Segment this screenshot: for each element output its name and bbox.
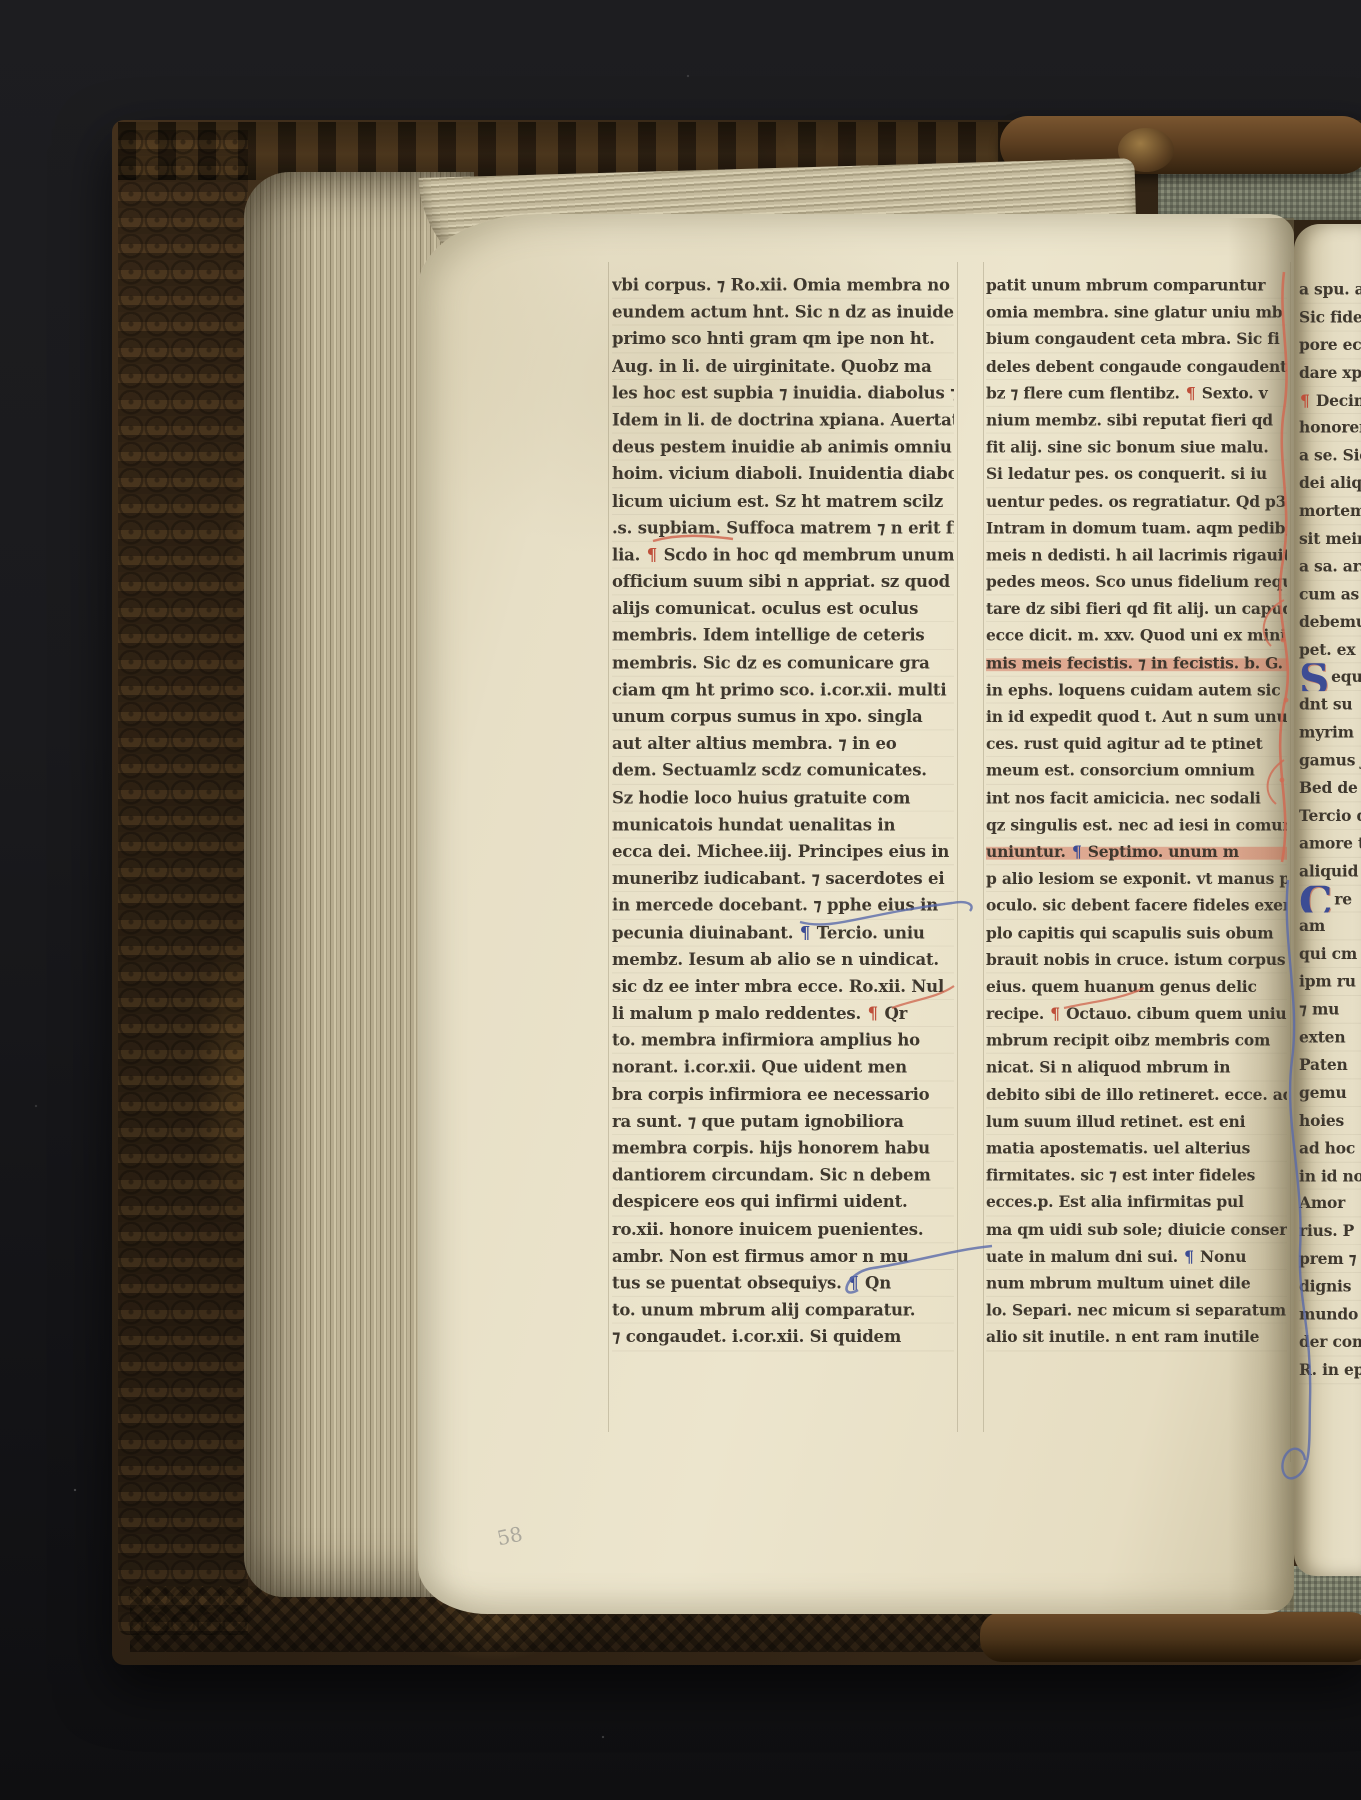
text-line: rius. P: [1299, 1218, 1361, 1246]
text-line: pecunia diuinabant. ¶ Tercio. uniu: [612, 919, 954, 946]
text-line: les hoc est supbia ⁊ inuidia. diabolus ⁊…: [612, 380, 954, 407]
manuscript-photo: vbi corpus. ⁊ Ro.xii. Omia membra noeund…: [0, 0, 1361, 1800]
text-line: pedes meos. Sco unus fidelium requi: [986, 569, 1287, 596]
text-line: bra corpis infirmiora ee necessario: [612, 1081, 954, 1108]
text-line: Idem in li. de doctrina xpiana. Auertat: [612, 407, 954, 434]
text-line: honorem: [1299, 414, 1361, 442]
text-line: Si ledatur pes. os conquerit. si iu: [986, 461, 1287, 488]
blue-pilcrow-mark: ¶: [1183, 1246, 1195, 1266]
text-line: uate in malum dni sui. ¶ Nonu: [986, 1243, 1287, 1270]
text-line: ¶ Decim: [1299, 387, 1361, 415]
text-line: R. in ep: [1299, 1356, 1361, 1384]
text-line: in mercede docebant. ⁊ pphe eius in: [612, 892, 954, 919]
text-line: officium suum sibi n appriat. sz quod: [612, 569, 954, 596]
text-line: dei aliqu: [1299, 470, 1361, 498]
text-line: ambr. Non est firmus amor n mu: [612, 1243, 954, 1270]
text-line: hoim. vicium diaboli. Inuidentia diabo: [612, 461, 954, 488]
ruling-line-vertical: [1290, 262, 1291, 1462]
tooled-leather-border-left: [118, 130, 248, 1635]
text-line: muneribz iudicabant. ⁊ sacerdotes ei: [612, 865, 954, 892]
text-line: ra sunt. ⁊ que putam ignobiliora: [612, 1108, 954, 1135]
text-line: meis n dedisti. h ail lacrimis rigauit: [986, 542, 1287, 569]
text-line: a spu. a: [1299, 276, 1361, 304]
text-line: membris. Idem intellige de ceteris: [612, 623, 954, 650]
text-line: bz ⁊ flere cum flentibz. ¶ Sexto. v: [986, 380, 1287, 407]
text-line: bium congaudent ceta mbra. Sic fi: [986, 326, 1287, 353]
text-line: .s. supbiam. Suffoca matrem ⁊ n erit fi: [612, 515, 954, 542]
text-line: gamus J: [1299, 747, 1361, 775]
text-line: eundem actum hnt. Sic n dz as inuide: [612, 299, 954, 326]
text-line: dare xpm: [1299, 359, 1361, 387]
text-line: der com: [1299, 1328, 1361, 1356]
text-line: ma qm uidi sub sole; diuicie conser: [986, 1216, 1287, 1243]
text-line: dignis: [1299, 1273, 1361, 1301]
text-line: recipe. ¶ Octauo. cibum quem uniu: [986, 1000, 1287, 1027]
text-line: nium membz. sibi reputat fieri qd: [986, 407, 1287, 434]
text-line: pore ecce: [1299, 331, 1361, 359]
red-pilcrow-mark: ¶: [1185, 383, 1197, 403]
text-line: membz. Iesum ab alio se n uindicat.: [612, 946, 954, 973]
text-line: brauit nobis in cruce. istum corpus: [986, 946, 1287, 973]
text-line: alio sit inutile. n ent ram inutile: [986, 1324, 1287, 1351]
text-line: fit alij. sine sic bonum siue malu.: [986, 434, 1287, 461]
text-line: licum uicium est. Sz ht matrem scilz: [612, 488, 954, 515]
text-line: firmitates. sic ⁊ est inter fideles: [986, 1162, 1287, 1189]
text-line: debemus: [1299, 608, 1361, 636]
blue-pilcrow-mark: ¶: [847, 1273, 859, 1293]
text-line: mortem.: [1299, 498, 1361, 526]
leather-spine-strap-bottom: [980, 1612, 1361, 1662]
text-line: ⁊ mu: [1299, 996, 1361, 1024]
text-line: Sic fidel: [1299, 304, 1361, 332]
text-line: ro.xii. honore inuicem puenientes.: [612, 1216, 954, 1243]
text-line: pet. ex c: [1299, 636, 1361, 664]
text-line: sit meire: [1299, 525, 1361, 553]
text-line: to. unum mbrum alij comparatur.: [612, 1297, 954, 1324]
text-line: nicat. Si n aliquod mbrum in: [986, 1054, 1287, 1081]
red-pilcrow-mark: ¶: [1299, 390, 1311, 410]
text-line: plo capitis qui scapulis suis obum: [986, 919, 1287, 946]
text-line: ecce dicit. m. xxv. Quod uni ex mini: [986, 623, 1287, 650]
text-line: ⁊ congaudet. i.cor.xii. Si quidem: [612, 1324, 954, 1351]
text-line: Amor: [1299, 1190, 1361, 1218]
text-line: int nos facit amicicia. nec sodali: [986, 784, 1287, 811]
text-line: tus se puentat obsequiys. ¶ Qn: [612, 1270, 954, 1297]
text-line: Sz hodie loco huius gratuite com: [612, 784, 954, 811]
red-pilcrow-mark: ¶: [867, 1003, 879, 1023]
text-line: oculo. sic debent facere fideles exem: [986, 892, 1287, 919]
text-line: patit unum mbrum comparuntur: [986, 272, 1287, 299]
text-line: omia membra. sine glatur uniu mb: [986, 299, 1287, 326]
text-line: dantiorem circundam. Sic n debem: [612, 1162, 954, 1189]
text-line: Sequ: [1299, 664, 1361, 692]
text-line: a sa. ar. p: [1299, 553, 1361, 581]
text-line: Aug. in li. de uirginitate. Quobz ma: [612, 353, 954, 380]
text-line: unum corpus sumus in xpo. singla: [612, 704, 954, 731]
text-line: myrim: [1299, 719, 1361, 747]
text-line: norant. i.cor.xii. Que uident men: [612, 1054, 954, 1081]
ruling-line-vertical: [608, 262, 609, 1432]
text-line: num mbrum multum uinet dile: [986, 1270, 1287, 1297]
text-line: matia apostematis. uel alterius: [986, 1135, 1287, 1162]
text-line: sic dz ee inter mbra ecce. Ro.xii. Nul: [612, 973, 954, 1000]
text-line: amore t: [1299, 830, 1361, 858]
text-line: meum est. consorcium omnium: [986, 758, 1287, 785]
ruling-line-vertical: [983, 262, 984, 1432]
red-pilcrow-mark: ¶: [646, 545, 658, 565]
text-line: a se. Sic: [1299, 442, 1361, 470]
text-line: dnt su: [1299, 691, 1361, 719]
text-line: Cre: [1299, 885, 1361, 913]
text-line: ipm ru: [1299, 968, 1361, 996]
text-line: ecces.p. Est alia infirmitas pul: [986, 1189, 1287, 1216]
text-line: ecca dei. Michee.iij. Principes eius in: [612, 838, 954, 865]
text-line: eius. quem huanum genus delic: [986, 973, 1287, 1000]
text-line: hoies: [1299, 1107, 1361, 1135]
text-line: tare dz sibi fieri qd fit alij. un capud: [986, 596, 1287, 623]
text-line: membra corpis. hijs honorem habu: [612, 1135, 954, 1162]
text-line: mis meis fecistis. ⁊ in fecistis. b. G.: [986, 650, 1287, 677]
text-line: deles debent congaude congaudenti: [986, 353, 1287, 380]
text-line: aut alter altius membra. ⁊ in eo: [612, 731, 954, 758]
text-line: Paten: [1299, 1052, 1361, 1080]
text-line: lia. ¶ Scdo in hoc qd membrum unum: [612, 542, 954, 569]
text-line: ces. rust quid agitur ad te ptinet: [986, 731, 1287, 758]
left-page-column-1: vbi corpus. ⁊ Ro.xii. Omia membra noeund…: [612, 272, 954, 1366]
text-line: mundo: [1299, 1301, 1361, 1329]
text-line: primo sco hnti gram qm ipe non ht.: [612, 326, 954, 353]
text-line: dem. Sectuamlz scdz comunicates.: [612, 758, 954, 785]
text-line: despicere eos qui infirmi uident.: [612, 1189, 954, 1216]
text-line: Bed de e: [1299, 775, 1361, 803]
blue-pilcrow-mark: ¶: [799, 922, 811, 942]
text-line: municatois hundat uenalitas in: [612, 811, 954, 838]
text-line: membris. Sic dz es comunicare gra: [612, 650, 954, 677]
text-line: lum suum illud retinet. est eni: [986, 1108, 1287, 1135]
text-line: deus pestem inuidie ab animis omniu: [612, 434, 954, 461]
text-line: in ephs. loquens cuidam autem sic: [986, 677, 1287, 704]
text-line: to. membra infirmiora amplius ho: [612, 1027, 954, 1054]
text-line: vbi corpus. ⁊ Ro.xii. Omia membra no: [612, 272, 954, 299]
text-line: uentur pedes. os regratiatur. Qd p3: [986, 488, 1287, 515]
decorated-initial: S: [1299, 675, 1329, 685]
text-line: p alio lesiom se exponit. vt manus p: [986, 865, 1287, 892]
red-pilcrow-mark: ¶: [1049, 1003, 1061, 1023]
text-line: lo. Separi. nec micum si separatum: [986, 1297, 1287, 1324]
left-page-column-2: patit unum mbrum comparunturomia membra.…: [986, 272, 1287, 1366]
text-line: in id no: [1299, 1162, 1361, 1190]
text-line: aliquid: [1299, 858, 1361, 886]
text-line: li malum p malo reddentes. ¶ Qr: [612, 1000, 954, 1027]
blue-pilcrow-mark: ¶: [1071, 842, 1083, 862]
text-line: uniuntur. ¶ Septimo. unum m: [986, 838, 1287, 865]
text-line: Intram in domum tuam. aqm pedib;: [986, 515, 1287, 542]
ruling-line-vertical: [957, 262, 958, 1432]
text-line: exten: [1299, 1024, 1361, 1052]
text-line: in id expedit quod t. Aut n sum unus: [986, 704, 1287, 731]
text-line: Tercio d: [1299, 802, 1361, 830]
text-line: qui cm: [1299, 941, 1361, 969]
text-line: cum as p: [1299, 581, 1361, 609]
text-line: alijs comunicat. oculus est oculus: [612, 596, 954, 623]
decorated-initial: C: [1299, 897, 1332, 907]
text-line: ad hoc: [1299, 1135, 1361, 1163]
right-page-partial-column: a spu. aSic fidelpore eccedare xpm¶ Deci…: [1299, 276, 1361, 1394]
text-line: am: [1299, 913, 1361, 941]
text-line: mbrum recipit oibz membris com: [986, 1027, 1287, 1054]
text-line: ciam qm ht primo sco. i.cor.xii. multi: [612, 677, 954, 704]
text-line: prem ⁊: [1299, 1245, 1361, 1273]
text-line: gemu: [1299, 1079, 1361, 1107]
text-line: debito sibi de illo retineret. ecce. ad …: [986, 1081, 1287, 1108]
text-line: qz singulis est. nec ad iesi in comuni: [986, 811, 1287, 838]
